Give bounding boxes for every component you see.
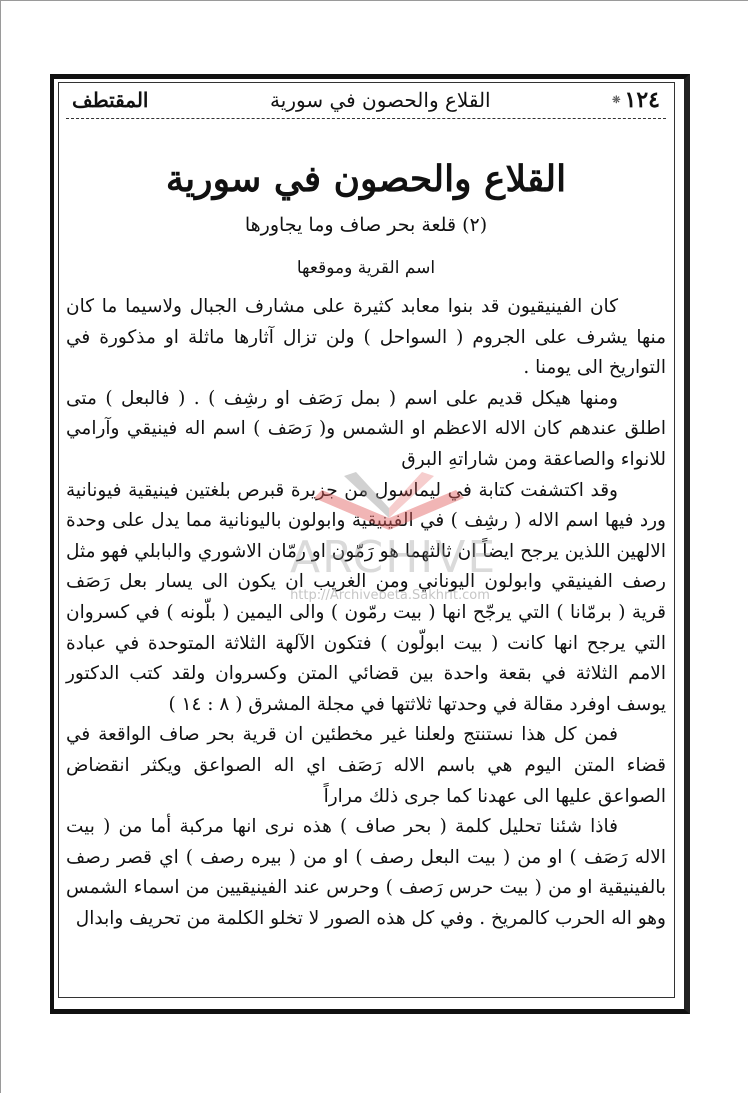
article-body: كان الفينيقيون قد بنوا معابد كثيرة على م… [66, 292, 666, 934]
page-number-value: ١٢٤ [625, 87, 660, 113]
paragraph: فمن كل هذا نستنتج ولعلنا غير مخطئين ان ق… [66, 720, 666, 812]
scan-edge-left [0, 0, 1, 1093]
running-head: ١٢٤ ❊ القلاع والحصون في سورية المقتطف [62, 84, 670, 116]
document-page: ١٢٤ ❊ القلاع والحصون في سورية المقتطف ال… [62, 84, 670, 994]
ornament-icon: ❊ [612, 95, 620, 106]
journal-name: المقتطف [72, 88, 148, 112]
paragraph: كان الفينيقيون قد بنوا معابد كثيرة على م… [66, 292, 666, 384]
paragraph: فاذا شئنا تحليل كلمة ( بحر صاف ) هذه نرى… [66, 812, 666, 934]
header-rule [66, 118, 666, 119]
section-heading: اسم القرية وموقعها [62, 258, 670, 278]
article-subtitle: (٢) قلعة بحر صاف وما يجاورها [62, 214, 670, 236]
article-title: القلاع والحصون في سورية [62, 158, 670, 200]
paragraph: وقد اكتشفت كتابة في ليماسول من جزيرة قبر… [66, 476, 666, 721]
scan-edge-top [0, 0, 748, 1]
running-title: القلاع والحصون في سورية [270, 88, 491, 112]
page-number: ١٢٤ ❊ [612, 87, 660, 113]
paragraph: ومنها هيكل قديم على اسم ( بمل رَصَف او ر… [66, 384, 666, 476]
